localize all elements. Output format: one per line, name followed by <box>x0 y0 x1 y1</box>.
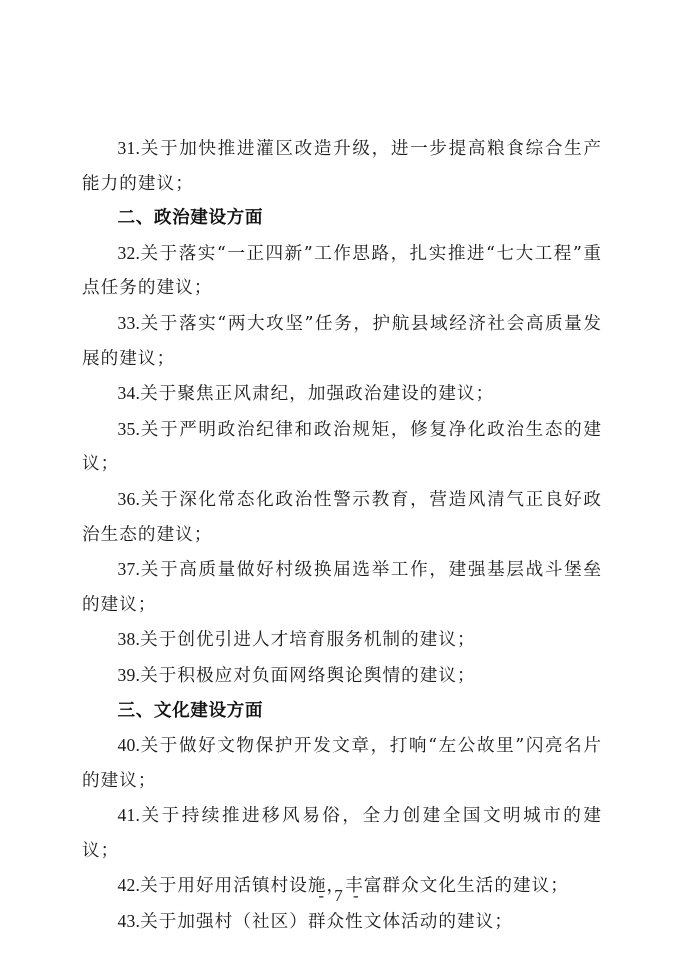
item-text: 关于深化常态化政治性警示教育，营造风清气正良好政治生态的建议； <box>82 490 602 545</box>
list-item-40: 40.关于做好文物保护开发文章，打响“左公故里”闪亮名片的建议； <box>82 728 602 798</box>
page-number: - 7 - <box>0 886 680 906</box>
list-item-34: 34.关于聚焦正风肃纪，加强政治建设的建议； <box>82 376 602 412</box>
list-item-33: 33.关于落实“两大攻坚”任务，护航县域经济社会高质量发展的建议； <box>82 306 602 376</box>
item-number: 38. <box>118 629 141 649</box>
item-text: 关于加快推进灌区改造升级，进一步提高粮食综合生产能力的建议； <box>82 139 602 194</box>
list-item-37: 37.关于高质量做好村级换届选举工作，建强基层战斗堡垒的建议； <box>82 552 602 622</box>
item-number: 33. <box>118 313 141 333</box>
item-number: 43. <box>118 911 141 931</box>
item-text: 关于持续推进移风易俗，全力创建全国文明城市的建议； <box>82 806 602 861</box>
section-heading-political: 二、政治建设方面 <box>82 201 602 236</box>
document-page: 31.关于加快推进灌区改造升级，进一步提高粮食综合生产能力的建议； 二、政治建设… <box>82 131 602 940</box>
section-heading-cultural: 三、文化建设方面 <box>82 694 602 729</box>
item-number: 36. <box>118 489 141 509</box>
item-number: 40. <box>118 735 141 755</box>
item-text: 关于创优引进人才培育服务机制的建议； <box>140 630 476 650</box>
item-text: 关于做好文物保护开发文章，打响“左公故里”闪亮名片的建议； <box>82 736 602 791</box>
item-text: 关于加强村（社区）群众性文体活动的建议； <box>140 912 513 932</box>
list-item-35: 35.关于严明政治纪律和政治规矩，修复净化政治生态的建议； <box>82 412 602 482</box>
list-item-39: 39.关于积极应对负面网络舆论舆情的建议； <box>82 658 602 694</box>
item-number: 31. <box>118 138 141 158</box>
item-text: 关于严明政治纪律和政治规矩，修复净化政治生态的建议； <box>82 420 602 475</box>
item-text: 关于落实“一正四新”工作思路，扎实推进“七大工程”重点任务的建议； <box>82 244 602 299</box>
item-text: 关于聚焦正风肃纪，加强政治建设的建议； <box>140 384 494 404</box>
item-text: 关于积极应对负面网络舆论舆情的建议； <box>140 666 476 686</box>
list-item-32: 32.关于落实“一正四新”工作思路，扎实推进“七大工程”重点任务的建议； <box>82 236 602 306</box>
item-number: 37. <box>118 559 141 579</box>
list-item-38: 38.关于创优引进人才培育服务机制的建议； <box>82 622 602 658</box>
item-text: 关于高质量做好村级换届选举工作，建强基层战斗堡垒的建议； <box>82 560 602 615</box>
item-number: 32. <box>118 243 141 263</box>
list-item-43: 43.关于加强村（社区）群众性文体活动的建议； <box>82 904 602 940</box>
item-number: 34. <box>118 383 141 403</box>
item-number: 35. <box>118 419 141 439</box>
item-number: 39. <box>118 665 141 685</box>
list-item-31: 31.关于加快推进灌区改造升级，进一步提高粮食综合生产能力的建议； <box>82 131 602 201</box>
item-text: 关于落实“两大攻坚”任务，护航县域经济社会高质量发展的建议； <box>82 314 602 369</box>
list-item-41: 41.关于持续推进移风易俗，全力创建全国文明城市的建议； <box>82 798 602 868</box>
list-item-36: 36.关于深化常态化政治性警示教育，营造风清气正良好政治生态的建议； <box>82 482 602 552</box>
item-number: 41. <box>118 805 141 825</box>
